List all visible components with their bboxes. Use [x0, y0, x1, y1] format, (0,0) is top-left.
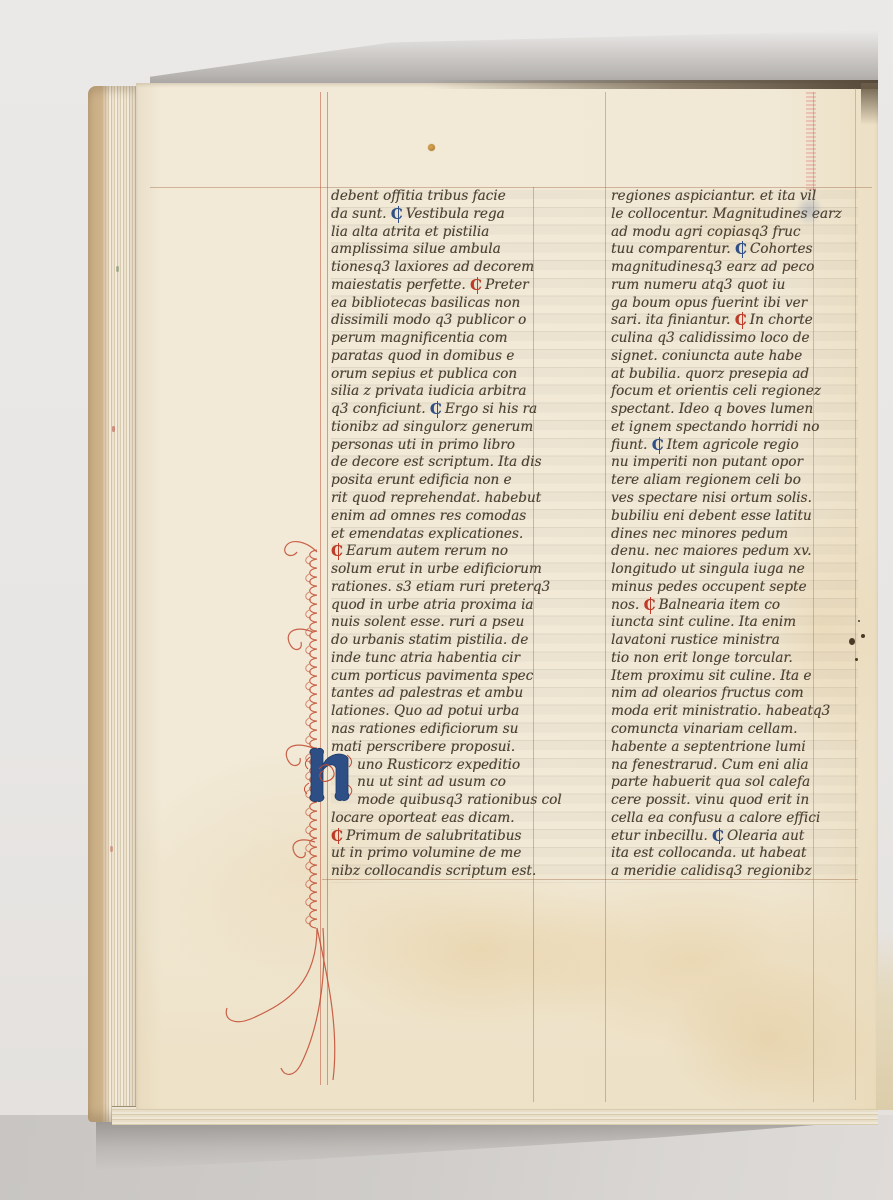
text-line: maiestatis perfette. CPreter	[331, 277, 571, 295]
book-fore-edge-page-stack	[88, 86, 137, 1122]
capitulum-mark: C	[430, 402, 442, 417]
text-line: comuncta vinariam cellam.	[611, 721, 861, 739]
capitulum-mark: C	[331, 829, 343, 844]
text-line: nos. CBalnearia item co	[611, 597, 861, 615]
text-line: de decore est scriptum. Ita dis	[331, 454, 571, 472]
text-line: da sunt. CVestibula rega	[331, 206, 571, 224]
text-line: debent offitia tribus facie	[331, 188, 571, 206]
capitulum-mark: C	[331, 544, 343, 559]
capitulum-mark: C	[712, 829, 724, 844]
text-line: amplissima silue ambula	[331, 241, 571, 259]
text-line: tionibz ad singulorz generum	[331, 419, 571, 437]
text-line: lationes. Quo ad potui urba	[331, 703, 571, 721]
text-line: focum et orientis celi regionez	[611, 383, 861, 401]
text-line: fiunt. CItem agricole regio	[611, 437, 861, 455]
fore-edge-red-speck	[110, 846, 113, 852]
fore-edge-red-speck	[112, 426, 115, 432]
text-line: na fenestrarud. Cum eni alia	[611, 757, 861, 775]
text-line: uno Rusticorz expeditio	[331, 757, 571, 775]
text-line: Item proximu sit culine. Ita e	[611, 668, 861, 686]
capitulum-mark: C	[470, 278, 482, 293]
text-line: ves spectare nisi ortum solis.	[611, 490, 861, 508]
text-line: et emendatas explicationes.	[331, 526, 571, 544]
text-line: ut in primo volumine de me	[331, 845, 571, 863]
underlying-page-sliver	[876, 930, 893, 1110]
text-line: culina q3 calidissimo loco de	[611, 330, 861, 348]
margin-flourish-red-filigree	[205, 512, 345, 1112]
text-line: ad modu agri copiasq3 fruc	[611, 224, 861, 242]
capitulum-mark: C	[652, 438, 664, 453]
text-line: locare oporteat eas dicam.	[331, 810, 571, 828]
text-line: paratas quod in domibus e	[331, 348, 571, 366]
text-line: inde tunc atria habentia cir	[331, 650, 571, 668]
capitulum-mark: C	[644, 598, 656, 613]
text-line: iuncta sint culine. Ita enim	[611, 614, 861, 632]
text-line: magnitudinesq3 earz ad peco	[611, 259, 861, 277]
text-line: lia alta atrita et pistilia	[331, 224, 571, 242]
text-line: posita erunt edificia non e	[331, 472, 571, 490]
text-line: spectant. Ideo q boves lumen	[611, 401, 861, 419]
text-column-left: debent offitia tribus facieda sunt. CVes…	[331, 188, 571, 881]
text-line: parte habuerit qua sol calefa	[611, 774, 861, 792]
text-column-right: regiones aspiciantur. et ita ville collo…	[611, 188, 861, 881]
text-line: CEarum autem rerum no	[331, 543, 571, 561]
text-line: solum erut in urbe edificiorum	[331, 561, 571, 579]
photograph-of-manuscript: { "palette": { "backdrop_gray": "#e8e6e4…	[0, 0, 893, 1200]
text-line: cum porticus pavimenta spec	[331, 668, 571, 686]
text-line: mode quibusq3 rationibus col	[331, 792, 571, 810]
text-line: a meridie calidisq3 regionibz	[611, 863, 861, 881]
book-top-shadow	[150, 30, 878, 87]
text-line: denu. nec maiores pedum xv.	[611, 543, 861, 561]
text-line: etur inbecillu. COlearia aut	[611, 828, 861, 846]
text-line: enim ad omnes res comodas	[331, 508, 571, 526]
text-line: personas uti in primo libro	[331, 437, 571, 455]
pink-edge-tint	[806, 90, 816, 190]
text-line: q3 conficiunt. CErgo si his ra	[331, 401, 571, 419]
text-line: at bubilia. quorz presepia ad	[611, 366, 861, 384]
capitulum-mark: C	[735, 242, 747, 257]
capitulum-mark: C	[735, 313, 747, 328]
ink-blot	[858, 620, 860, 622]
fore-edge-green-speck	[116, 266, 119, 272]
text-line: dines nec minores pedum	[611, 526, 861, 544]
text-line: quod in urbe atria proxima ia	[331, 597, 571, 615]
ink-blot	[855, 658, 858, 661]
text-line: do urbanis statim pistilia. de	[331, 632, 571, 650]
text-line: longitudo ut singula iuga ne	[611, 561, 861, 579]
text-line: tuu comparentur. CCohortes	[611, 241, 861, 259]
wormhole-stain	[428, 144, 435, 151]
text-line: rit quod reprehendat. habebut	[331, 490, 571, 508]
text-line: rationes. s3 etiam ruri preterq3	[331, 579, 571, 597]
text-line: moda erit ministratio. habeatq3	[611, 703, 861, 721]
text-line: ea bibliotecas basilicas non	[331, 295, 571, 313]
text-line: nibz collocandis scriptum est.	[331, 863, 571, 881]
text-line: tionesq3 laxiores ad decorem	[331, 259, 571, 277]
text-line: nas rationes edificiorum su	[331, 721, 571, 739]
text-line: CPrimum de salubritatibus	[331, 828, 571, 846]
text-line: nu imperiti non putant opor	[611, 454, 861, 472]
text-line: et ignem spectando horridi no	[611, 419, 861, 437]
text-line: tantes ad palestras et ambu	[331, 685, 571, 703]
book-top-edge	[430, 80, 878, 89]
text-line: minus pedes occupent septe	[611, 579, 861, 597]
capitulum-mark: C	[391, 207, 403, 222]
text-line: perum magnificentia com	[331, 330, 571, 348]
text-line: bubiliu eni debent esse latitu	[611, 508, 861, 526]
text-line: ita est collocanda. ut habeat	[611, 845, 861, 863]
text-line: nu ut sint ad usum co	[331, 774, 571, 792]
text-line: orum sepius et publica con	[331, 366, 571, 384]
text-line: rum numeru atq3 quot iu	[611, 277, 861, 295]
text-line: cella ea confusu a calore effici	[611, 810, 861, 828]
text-line: tio non erit longe torcular.	[611, 650, 861, 668]
text-line: tere aliam regionem celi bo	[611, 472, 861, 490]
ink-blot	[861, 634, 865, 638]
text-line: lavatoni rustice ministra	[611, 632, 861, 650]
text-line: nim ad olearios fructus com	[611, 685, 861, 703]
text-line: signet. coniuncta aute habe	[611, 348, 861, 366]
text-line: habente a septentrione lumi	[611, 739, 861, 757]
text-line: sari. ita finiantur. CIn chorte	[611, 312, 861, 330]
text-line: silia z privata iudicia arbitra	[331, 383, 571, 401]
ink-blot	[849, 638, 855, 645]
text-line: nuis solent esse. ruri a pseu	[331, 614, 571, 632]
binding-corner-shadow	[861, 83, 878, 125]
text-line: ga boum opus fuerint ibi ver	[611, 295, 861, 313]
text-line: mati perscribere proposui.	[331, 739, 571, 757]
text-line: cere possit. vinu quod erit in	[611, 792, 861, 810]
text-line: dissimili modo q3 publicor o	[331, 312, 571, 330]
